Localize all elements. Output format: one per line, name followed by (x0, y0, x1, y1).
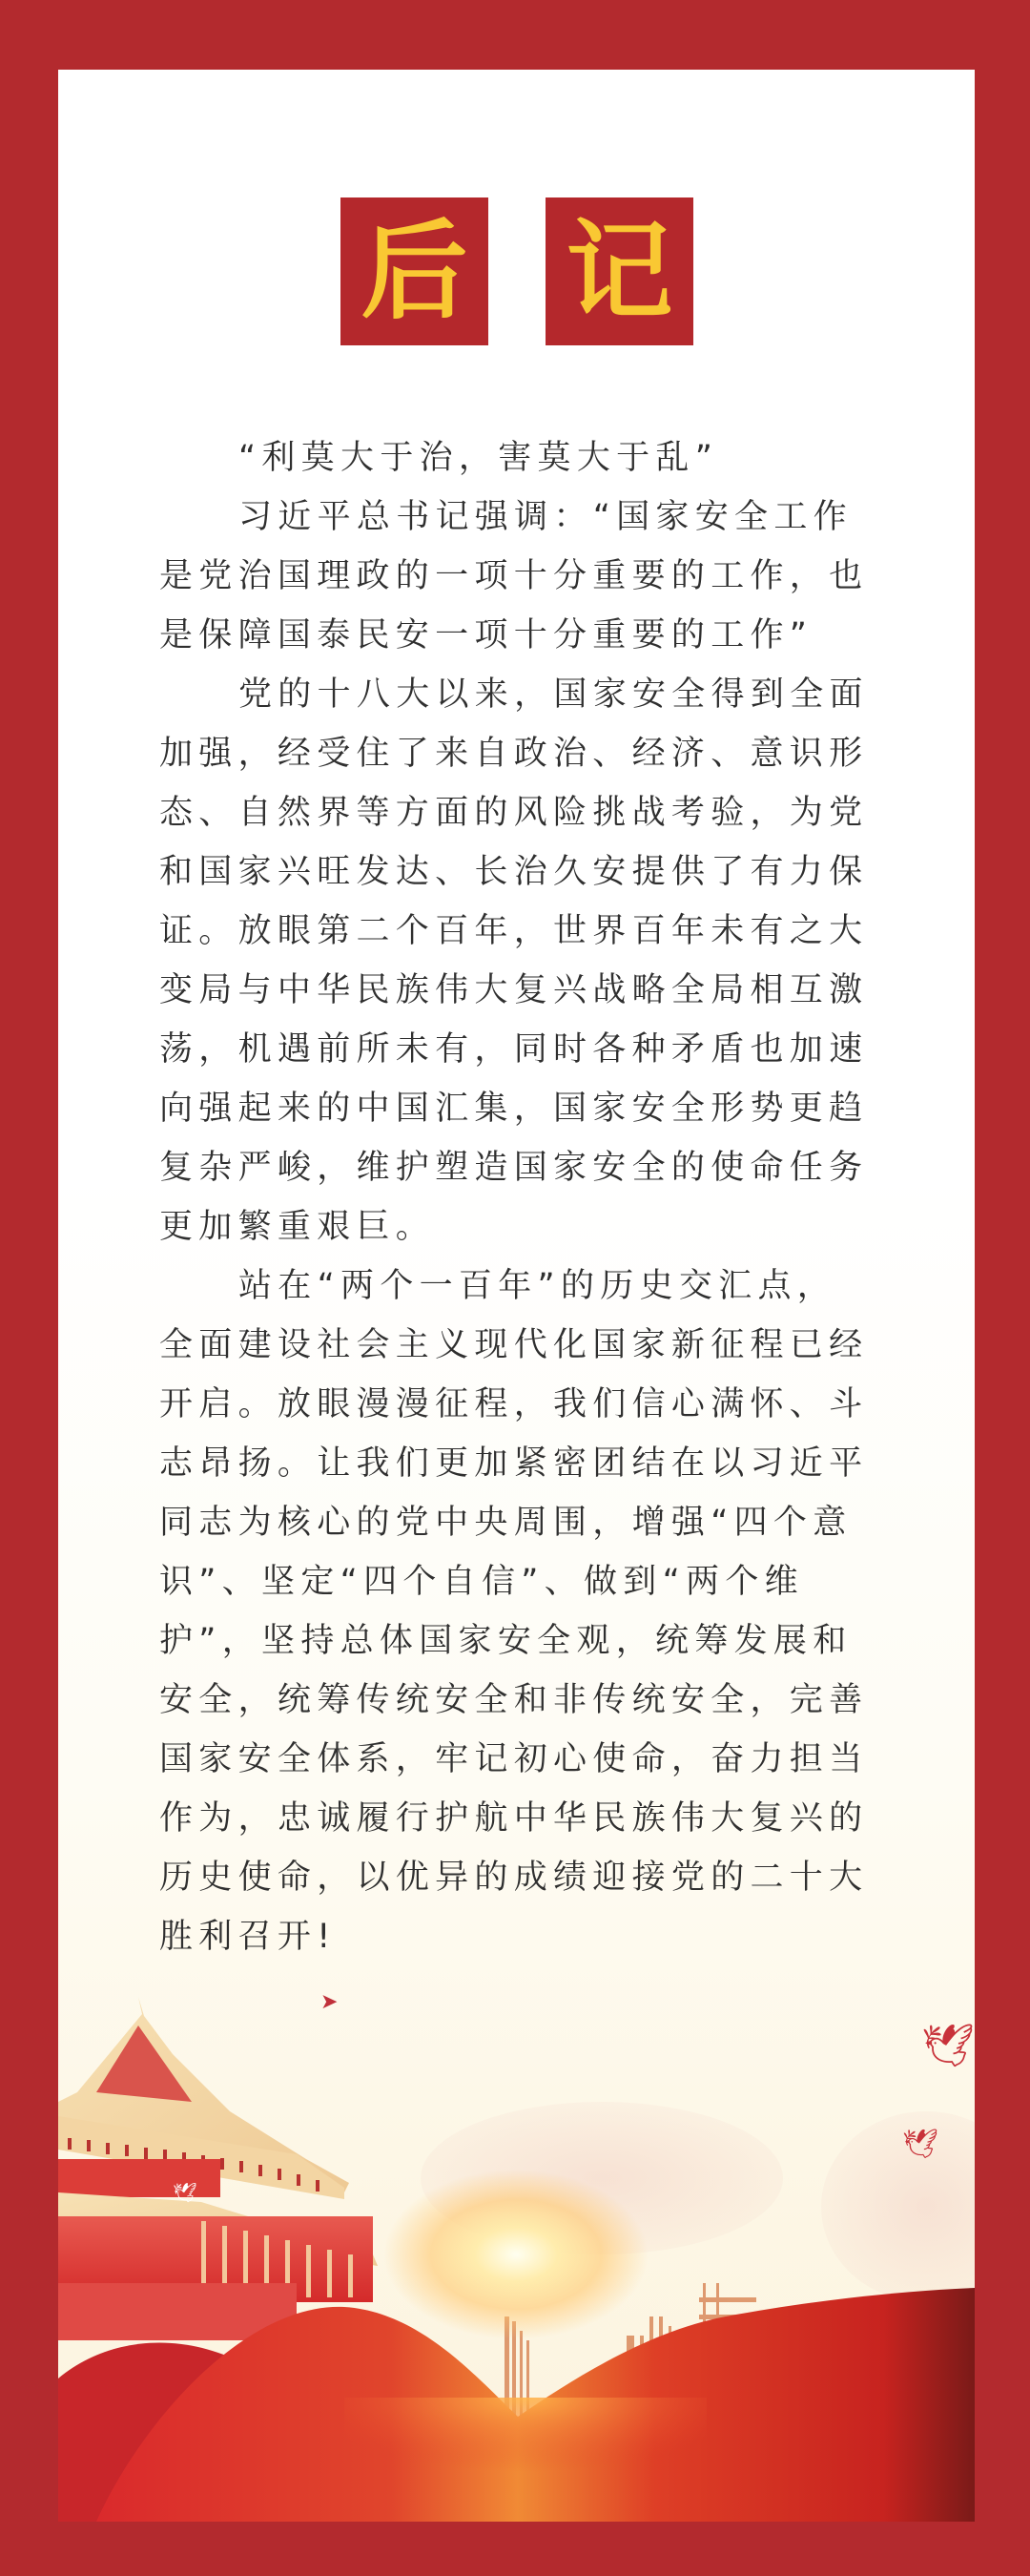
paragraph-line: 站在“两个一百年”的历史交汇点， (159, 1257, 884, 1316)
paragraph-line: 态、自然界等方面的风险挑战考验，为党 (159, 783, 884, 842)
title-char-1: 后 (361, 209, 468, 334)
celebration-illustration: ➤ 🕊 🕊 🕊 (58, 1882, 975, 2522)
title-char-box-2: 记 (546, 197, 693, 345)
paragraph-line: 作为，忠诚履行护航中华民族伟大复兴的 (159, 1789, 884, 1848)
title-char-box-1: 后 (340, 197, 488, 345)
title-char-2: 记 (566, 209, 673, 334)
paragraph-line: 证。放眼第二个百年，世界百年未有之大 (159, 902, 884, 961)
paragraph-line: 开启。放眼漫漫征程，我们信心满怀、斗 (159, 1375, 884, 1434)
paragraph-line: 更加繁重艰巨。 (159, 1197, 884, 1257)
paragraph-line: 安全，统筹传统安全和非传统安全，完善 (159, 1671, 884, 1730)
paragraph-line: 是保障国泰民安一项十分重要的工作” (159, 606, 884, 665)
paragraph-line: 习近平总书记强调：“国家安全工作 (159, 488, 884, 547)
paragraph-line: 荡，机遇前所未有，同时各种矛盾也加速 (159, 1020, 884, 1079)
paragraph-line: 志昂扬。让我们更加紧密团结在以习近平 (159, 1434, 884, 1493)
paragraph-line: 复杂严峻，维护塑造国家安全的使命任务 (159, 1138, 884, 1197)
dove-icon: 🕊 (921, 2025, 975, 2067)
poster-panel: 后 记 “利莫大于治，害莫大于乱” 习近平总书记强调：“国家安全工作 是党治国理… (58, 70, 975, 2522)
paragraph-line: 变局与中华民族伟大复兴战略全局相互激 (159, 961, 884, 1020)
slogan-line: “利莫大于治，害莫大于乱” (159, 428, 884, 488)
paragraph-line: 护”，坚持总体国家安全观，统筹发展和 (159, 1611, 884, 1671)
paragraph-line: 党的十八大以来，国家安全得到全面 (159, 665, 884, 724)
paragraph-line: 向强起来的中国汇集，国家安全形势更趋 (159, 1079, 884, 1138)
paragraph-line: 同志为核心的党中央周围，增强“四个意 (159, 1493, 884, 1552)
dove-icon: 🕊 (902, 2130, 938, 2159)
paragraph-line: 国家安全体系，牢记初心使命，奋力担当 (159, 1730, 884, 1789)
dove-icon: 🕊 (173, 2183, 196, 2202)
paragraph-line: 全面建设社会主义现代化国家新征程已经 (159, 1316, 884, 1375)
paragraph-line: 加强，经受住了来自政治、经济、意识形 (159, 724, 884, 783)
dove-icon: ➤ (320, 1992, 338, 2013)
afterword-body: “利莫大于治，害莫大于乱” 习近平总书记强调：“国家安全工作 是党治国理政的一项… (159, 428, 884, 1966)
paragraph-line: 是党治国理政的一项十分重要的工作，也 (159, 547, 884, 606)
paragraph-line: 识”、坚定“四个自信”、做到“两个维 (159, 1552, 884, 1611)
paragraph-line: 和国家兴旺发达、长治久安提供了有力保 (159, 842, 884, 902)
